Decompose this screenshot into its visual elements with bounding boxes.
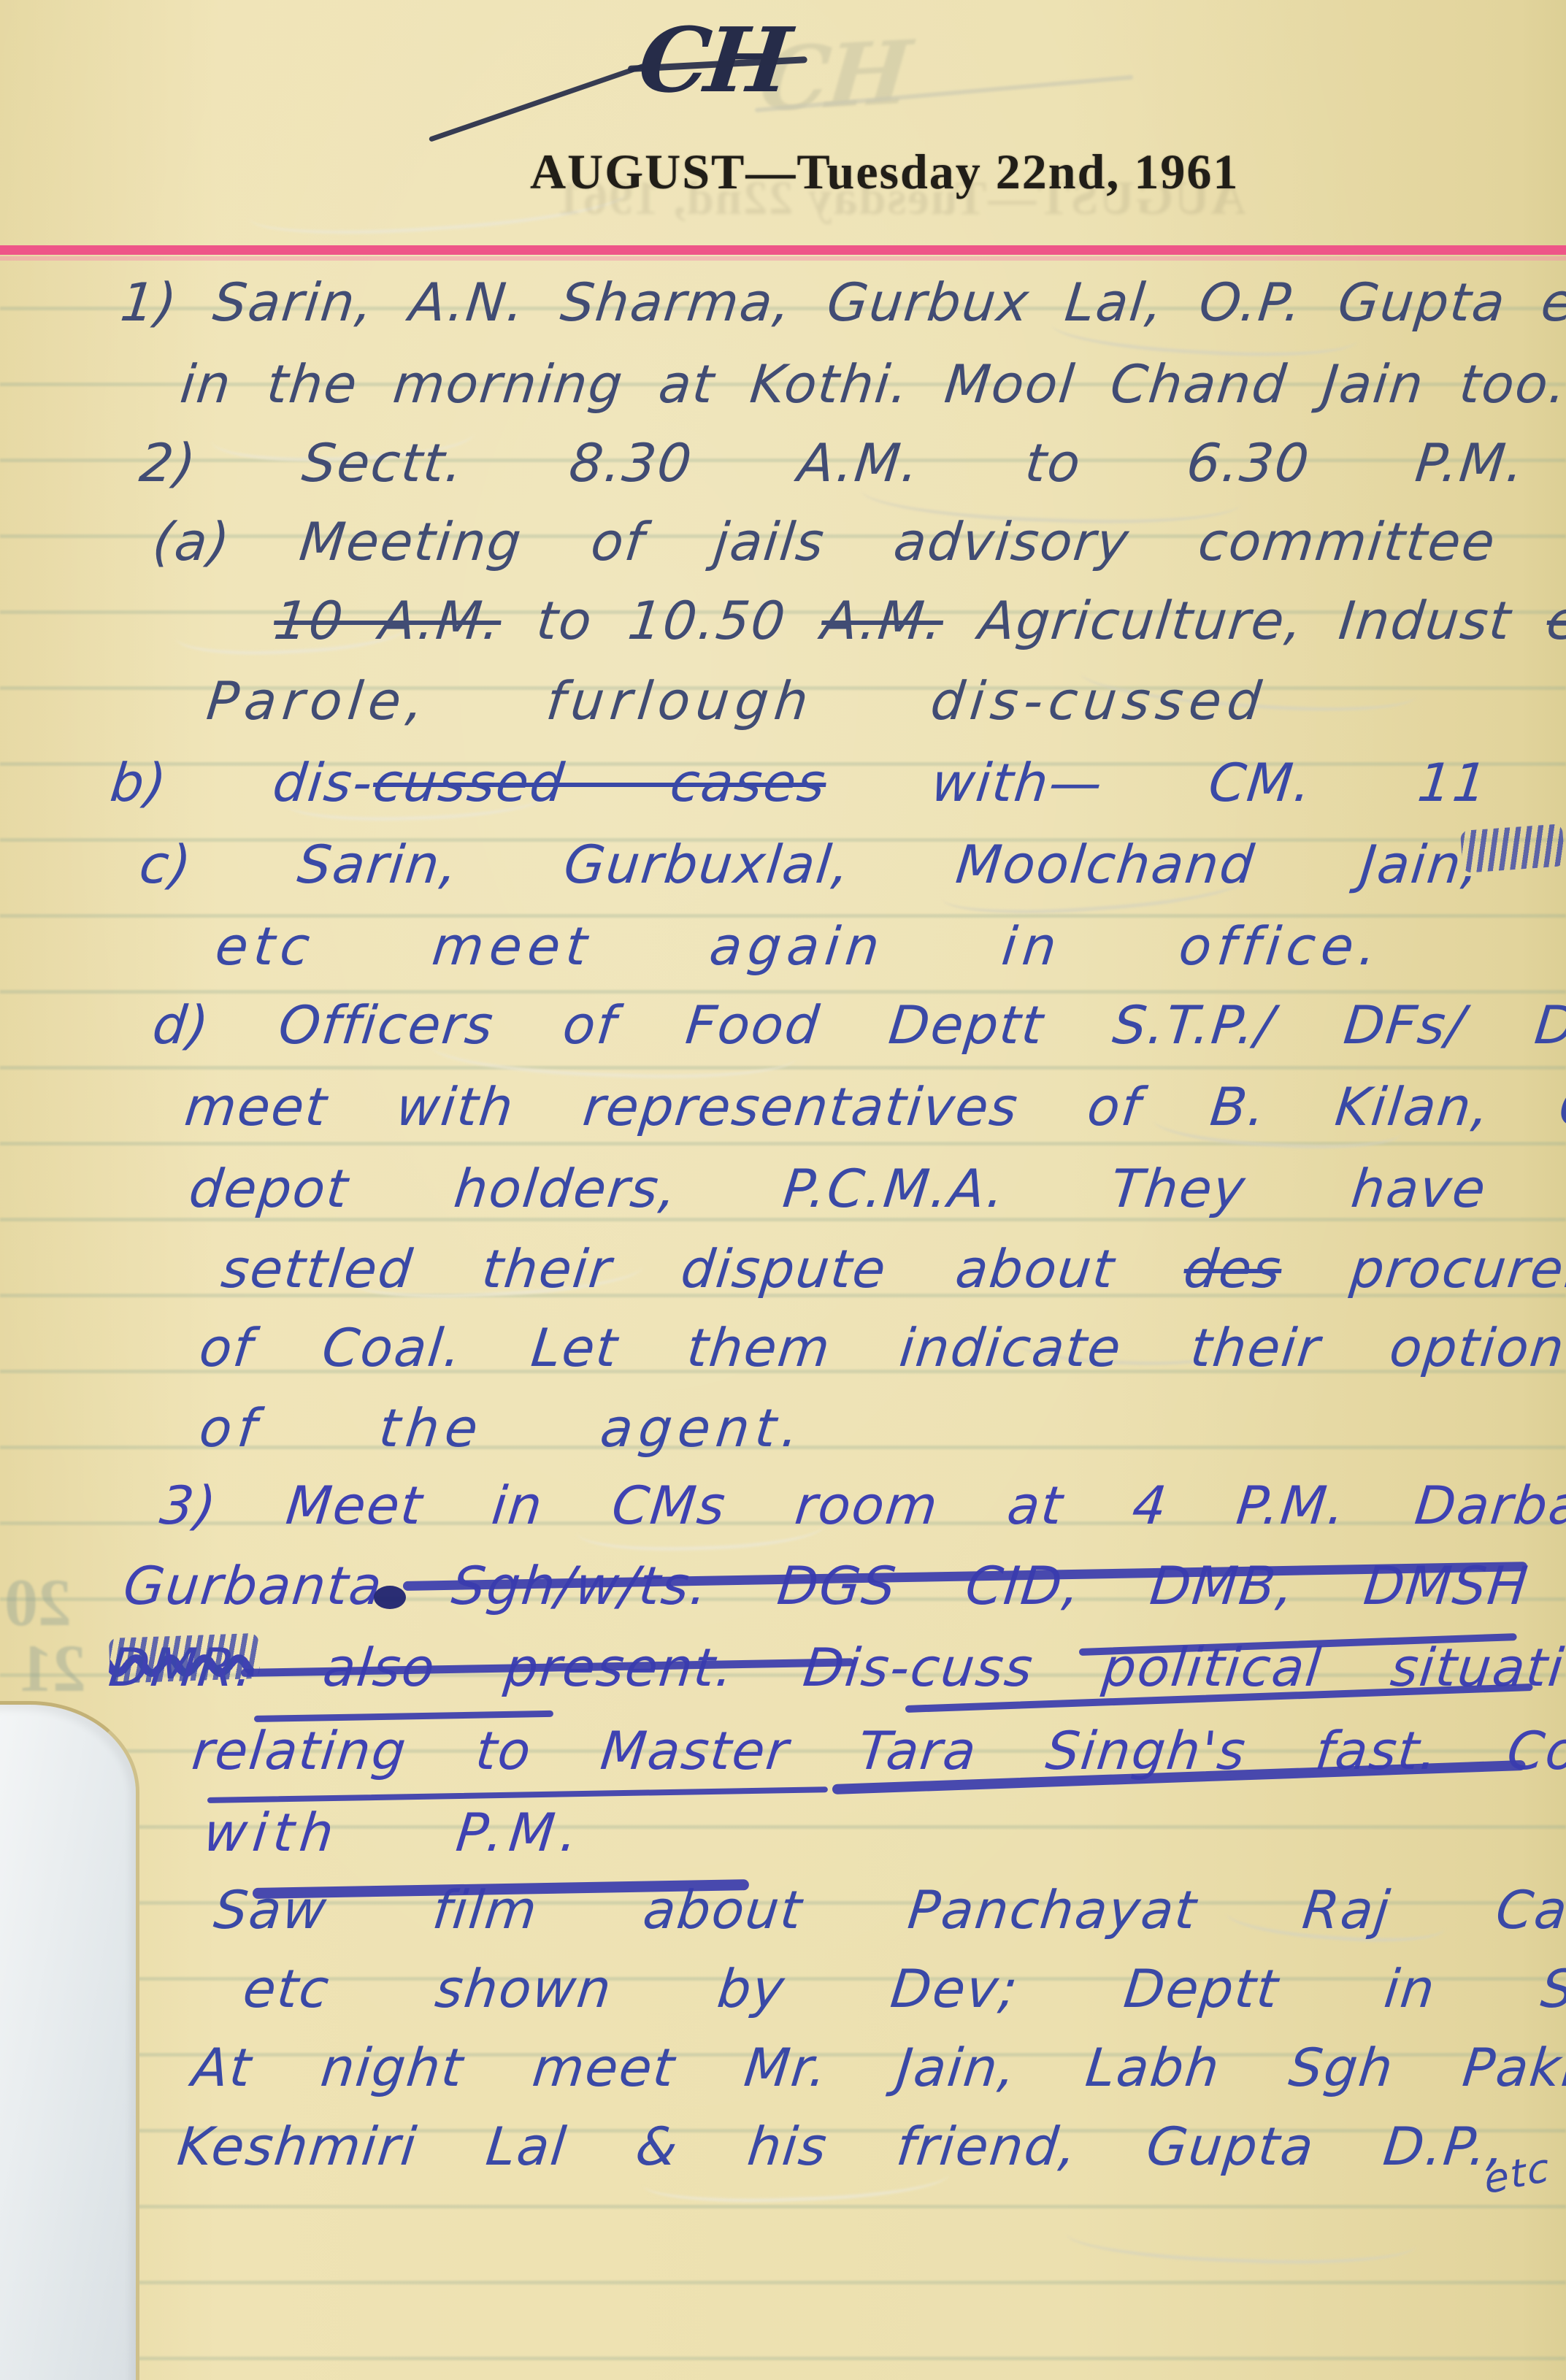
diary-line-1: 1) Sarin, A.N. Sharma, Gurbux Lal, O.P. … — [118, 272, 1566, 333]
diary-line-12: depot holders, P.C.M.A. They have — [186, 1158, 1489, 1219]
printed-date: AUGUST—Tuesday 22nd, 1961 — [530, 143, 1239, 201]
diary-line-7: b) dis-cussed cases with— CM. 11 A.M. — [107, 752, 1566, 813]
diary-line-22: etc shown by Dev; Deptt in Sectt. — [240, 1958, 1566, 2019]
diary-line-8: c) Sarin, Gurbuxlal, Moolchand Jain, D.C… — [137, 834, 1566, 895]
struck-text: cussed cases — [370, 752, 829, 813]
diary-line-15: of the agent. — [196, 1397, 807, 1459]
underlying-page-corner — [0, 1701, 139, 2380]
diary-page-scan: 20 21 AUGUST—Tuesday 22nd, 1961 AUGUST—T… — [0, 0, 1566, 2380]
diary-line-3: 2) Sectt. 8.30 A.M. to 6.30 P.M. — [137, 432, 1528, 494]
scribble-out-mark — [1460, 824, 1565, 873]
struck-text: A.M. — [818, 590, 946, 651]
diary-line-14: of Coal. Let them indicate their option … — [196, 1317, 1566, 1378]
bleedthrough-page-number: 21 — [19, 1629, 86, 1707]
header-pink-rule — [0, 245, 1566, 255]
diary-line-5: 10 A.M. to 10.50 A.M. Agriculture, Indus… — [271, 590, 1566, 651]
diary-line-11: meet with representatives of B. Kilan, C… — [182, 1076, 1566, 1137]
diary-line-6: Parole, furlough dis-cussed — [204, 670, 1270, 732]
diary-line-9: etc meet again in office. — [212, 915, 1385, 977]
diary-line-10: d) Officers of Food Deptt S.T.P./ DFs/ D… — [150, 994, 1566, 1056]
diary-line-2: in the morning at Kothi. Mool Chand Jain… — [177, 353, 1566, 415]
diary-line-24: Keshmiri Lal & his friend, Gupta D.P., B… — [174, 2116, 1566, 2177]
struck-text: 10 A.M. — [271, 590, 504, 651]
ch-slash-stroke — [429, 58, 662, 142]
ink-blot — [374, 1586, 406, 1609]
scribble-out-mark — [109, 1633, 260, 1684]
diary-line-4: (a) Meeting of jails advisory committee — [150, 511, 1499, 572]
diary-line-16: 3) Meet in CMs room at 4 P.M. Darbara Sg… — [157, 1475, 1566, 1536]
diary-line-23: At night meet Mr. Jain, Labh Sgh Pakher, — [189, 2037, 1566, 2098]
struck-text: des — [1181, 1238, 1285, 1300]
diary-line-20: with P.M. — [201, 1802, 586, 1863]
diary-line-13: settled their dispute about des procurem… — [218, 1238, 1566, 1300]
header-pink-rule-shadow — [0, 256, 1566, 261]
